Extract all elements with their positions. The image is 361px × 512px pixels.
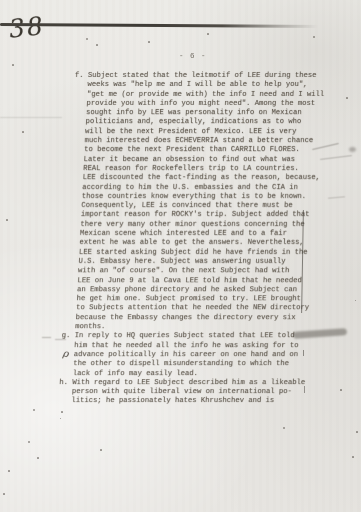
text-line: him that he needed all the info he was a… [74,342,334,351]
text-line: much interested does ECHEVERRIA stand a … [84,137,344,146]
text-line: U.S. Embassy here. Subject was answering… [78,258,338,267]
margin-tick [304,386,305,393]
text-line: person with quite liberal view on intern… [72,388,332,397]
paragraph-h: h. With regard to LEE Subject described … [71,379,332,407]
scanned-document-page: 38 - 6 - f. Subject stated that the leit… [0,0,361,512]
scan-speck [37,457,39,459]
margin-tick [303,350,304,356]
paragraph-f: f. Subject stated that the leitmotif of … [75,72,348,332]
scan-speck [6,219,8,221]
document-body: f. Subject stated that the leitmotif of … [71,72,348,407]
scan-smudge [55,339,66,340]
text-line: there very many other minor questions co… [80,221,340,230]
text-line: LEE started asking Subject did he have f… [79,249,339,258]
scan-speck [12,64,14,66]
text-line: Later it became an obsession to find out… [83,156,343,165]
text-line: because the Embassy changes the director… [75,314,335,323]
text-line: LEE discounted the fact-finding as the r… [82,174,342,183]
text-line: will be the next President of Mexico. LE… [85,128,345,137]
scan-speck [355,300,356,301]
text-line: according to him the U.S. embassies and … [82,184,342,193]
scan-speck [346,97,348,99]
scan-speck [207,33,209,35]
text-line: with an "of course". On the next Subject… [78,267,338,276]
scan-speck [60,418,61,419]
text-line: "get me (or provide me with) the info I … [87,91,347,100]
scan-speck [61,411,63,413]
text-line: to Subjects attention that he needed the… [76,304,336,313]
page-number: - 6 - [179,53,207,61]
scan-speck [352,456,354,458]
text-line: REAL reason for Rockefellers trip to LA … [83,165,343,174]
scan-line-artifact [0,23,318,28]
text-line: extent he was able to get the answers. N… [79,239,339,248]
scan-speck [96,44,98,46]
text-line: to become the next President than CARRIL… [84,146,344,155]
scan-speck [148,41,150,43]
text-line: h. With regard to LEE Subject described … [59,379,332,388]
scan-speck [33,409,35,411]
paragraph-g: g. In reply to HQ queries Subject stated… [72,332,334,378]
text-line: lack of info may easily lead. [72,370,332,379]
text-line: provide you with info you might need". A… [86,100,346,109]
scan-smudge [0,117,62,118]
scan-speck [340,389,342,391]
text-line: LEE on June 9 at la Cava LEE told him th… [77,277,337,286]
scan-speck [22,131,24,133]
text-line: litics; he passionately hates Khrushchev… [71,397,331,406]
scan-speck [86,38,88,40]
handwritten-page-number: 38 [8,11,47,44]
handwritten-mark: ρ [62,349,70,361]
text-line: weeks was "help me and I will be able to… [87,81,347,90]
scan-smudge [349,147,356,152]
text-line: advance politically in his career on one… [73,351,333,360]
text-line: f. Subject stated that the leitmotif of … [75,72,348,81]
scan-speck [28,441,30,443]
scan-speck [313,36,315,38]
text-line: those countries know everything that is … [81,193,341,202]
text-line: the other to dispell misunderstanding to… [73,360,333,369]
scan-speck [3,493,5,495]
scan-speck [100,449,102,451]
text-line: politicians and, especially, indications… [85,118,345,127]
scan-speck [283,427,285,429]
scan-smudge [42,337,51,338]
text-line: an Embassy phone directory and he asked … [77,286,337,295]
scan-speck [8,470,10,472]
text-line: Mexican scene which interested LEE and t… [80,230,340,239]
scan-speck [356,431,358,433]
